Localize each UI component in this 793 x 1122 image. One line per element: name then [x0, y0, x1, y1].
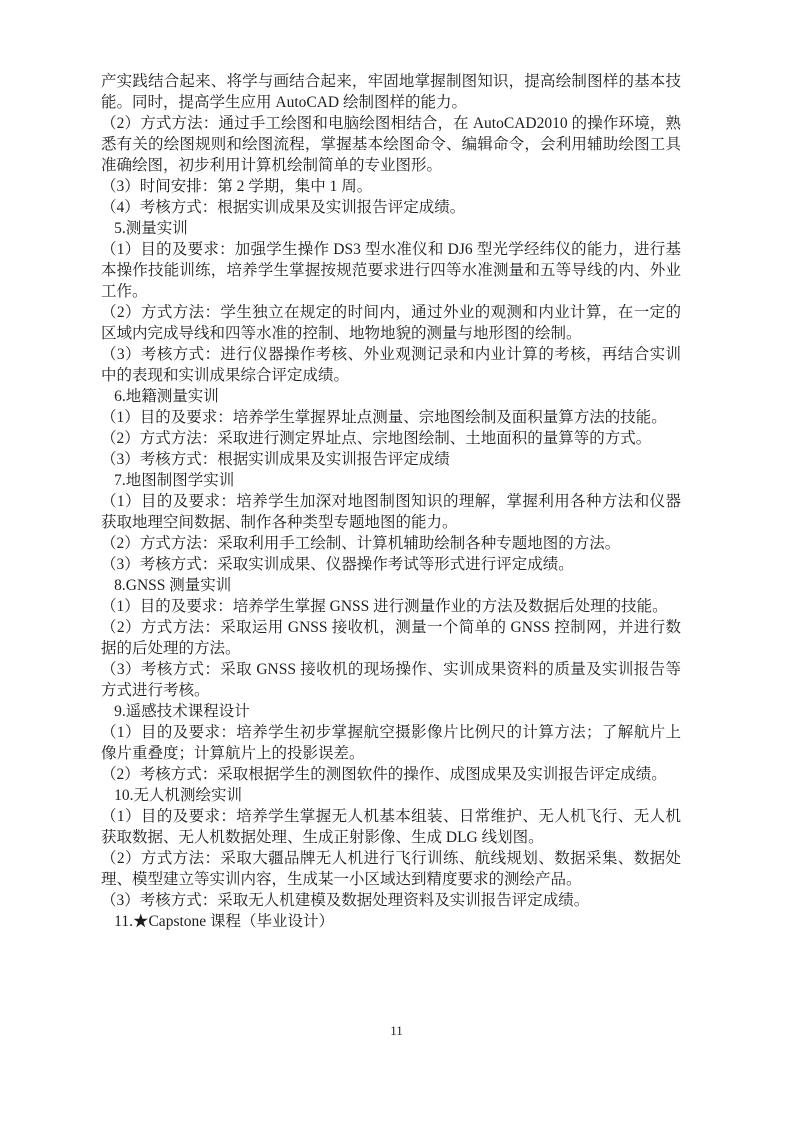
paragraph-method: （2）方式方法：采取进行测定界址点、宗地图绘制、土地面积的量算等的方式。 — [101, 428, 681, 449]
paragraph-method: （2）方式方法：采取运用 GNSS 接收机，测量一个简单的 GNSS 控制网，并… — [101, 617, 681, 659]
paragraph-objective: （1）目的及要求：培养学生掌握无人机基本组装、日常维护、无人机飞行、无人机获取数… — [101, 806, 681, 848]
paragraph-assessment: （3）考核方式：根据实训成果及实训报告评定成绩 — [101, 449, 681, 470]
paragraph-objective: （1）目的及要求：加强学生操作 DS3 型水准仪和 DJ6 型光学经纬仪的能力，… — [101, 239, 681, 302]
paragraph-schedule: （3）时间安排：第 2 学期，集中 1 周。 — [101, 176, 681, 197]
heading-section-10: 10.无人机测绘实训 — [101, 785, 681, 806]
paragraph-assessment: （3）考核方式：进行仪器操作考核、外业观测记录和内业计算的考核，再结合实训中的表… — [101, 344, 681, 386]
document-body: 产实践结合起来、将学与画结合起来，牢固地掌握制图知识，提高绘制图样的基本技能。同… — [101, 71, 681, 932]
paragraph-method: （2）方式方法：采取利用手工绘制、计算机辅助绘制各种专题地图的方法。 — [101, 533, 681, 554]
heading-section-8: 8.GNSS 测量实训 — [101, 575, 681, 596]
paragraph-objective: （1）目的及要求：培养学生初步掌握航空摄影像片比例尺的计算方法；了解航片上像片重… — [101, 722, 681, 764]
paragraph-assessment: （2）考核方式：采取根据学生的测图软件的操作、成图成果及实训报告评定成绩。 — [101, 764, 681, 785]
paragraph-objective: （1）目的及要求：培养学生掌握界址点测量、宗地图绘制及面积量算方法的技能。 — [101, 407, 681, 428]
paragraph-method: （2）方式方法：学生独立在规定的时间内，通过外业的观测和内业计算，在一定的区域内… — [101, 302, 681, 344]
paragraph-assessment: （3）考核方式：采取 GNSS 接收机的现场操作、实训成果资料的质量及实训报告等… — [101, 659, 681, 701]
paragraph-objective: （1）目的及要求：培养学生掌握 GNSS 进行测量作业的方法及数据后处理的技能。 — [101, 596, 681, 617]
paragraph-method: （2）方式方法：采取大疆品牌无人机进行飞行训练、航线规划、数据采集、数据处理、模… — [101, 848, 681, 890]
heading-section-11-capstone: 11.★Capstone 课程（毕业设计） — [101, 911, 681, 932]
paragraph-assessment: （3）考核方式：采取无人机建模及数据处理资料及实训报告评定成绩。 — [101, 890, 681, 911]
paragraph-assessment: （4）考核方式：根据实训成果及实训报告评定成绩。 — [101, 197, 681, 218]
paragraph-method: （2）方式方法：通过手工绘图和电脑绘图相结合，在 AutoCAD2010 的操作… — [101, 113, 681, 176]
heading-section-6: 6.地籍测量实训 — [101, 386, 681, 407]
paragraph-objective: （1）目的及要求：培养学生加深对地图制图知识的理解，掌握利用各种方法和仪器获取地… — [101, 491, 681, 533]
heading-section-7: 7.地图制图学实训 — [101, 470, 681, 491]
document-page: 产实践结合起来、将学与画结合起来，牢固地掌握制图知识，提高绘制图样的基本技能。同… — [0, 0, 793, 1122]
heading-section-9: 9.遥感技术课程设计 — [101, 701, 681, 722]
paragraph-continuation: 产实践结合起来、将学与画结合起来，牢固地掌握制图知识，提高绘制图样的基本技能。同… — [101, 71, 681, 113]
page-footer: 11 — [0, 1023, 793, 1039]
paragraph-assessment: （3）考核方式：采取实训成果、仪器操作考试等形式进行评定成绩。 — [101, 554, 681, 575]
page-number: 11 — [390, 1023, 403, 1038]
heading-section-5: 5.测量实训 — [101, 218, 681, 239]
